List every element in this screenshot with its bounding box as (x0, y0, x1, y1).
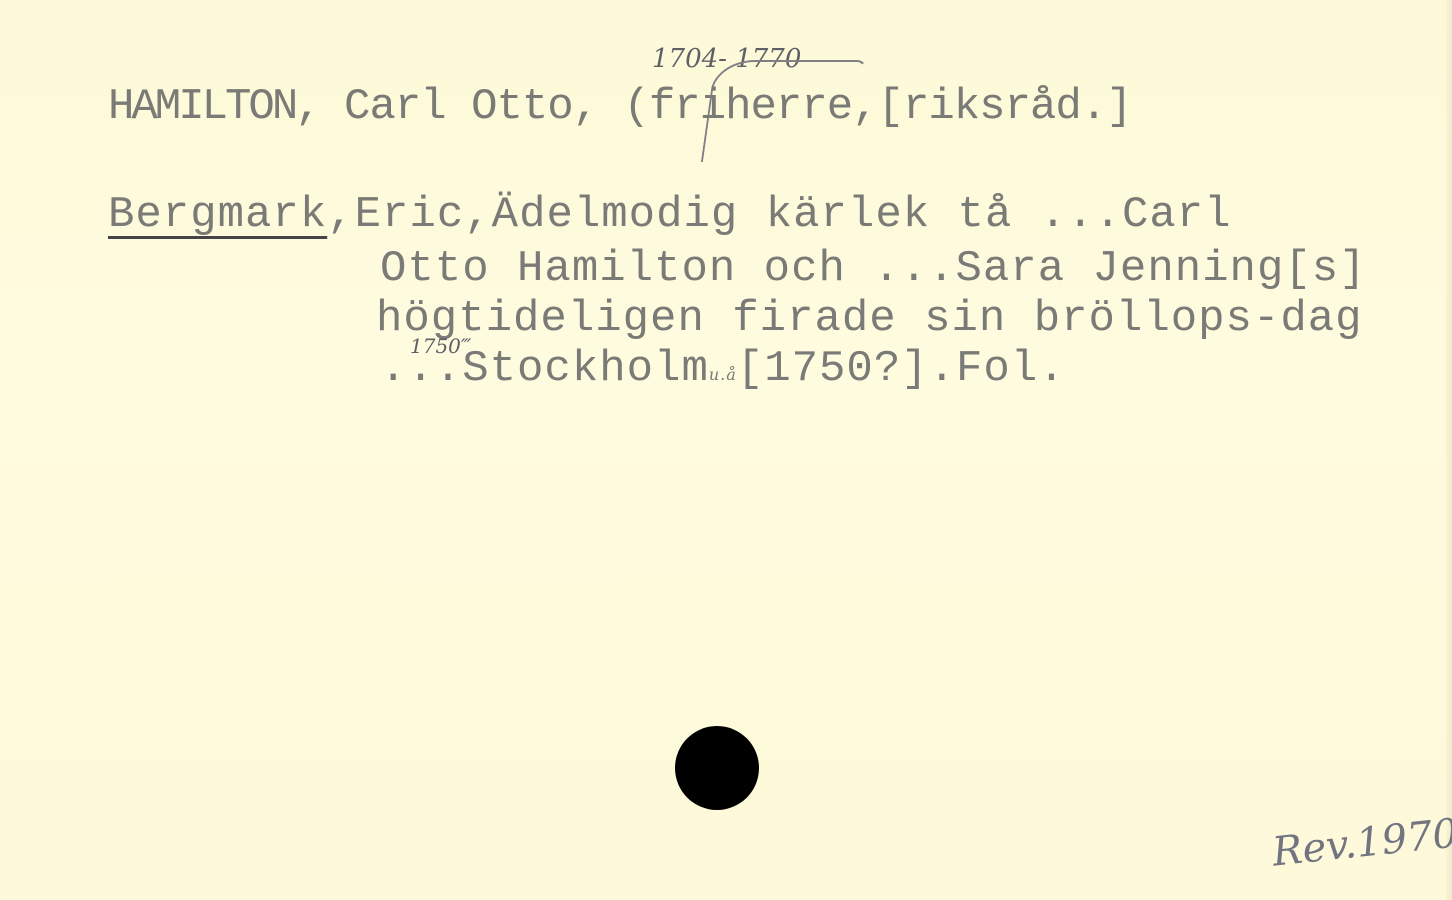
handwritten-ua: u.å (709, 365, 737, 384)
entry-line-4: ...Stockholmu.å[1750?].Fol. (380, 344, 1066, 394)
heading-surname: HAMILTON, (108, 82, 319, 132)
entry-date-format: [1750?].Fol. (737, 344, 1066, 394)
card-edge (1446, 0, 1452, 900)
revision-note: Rev.1970 (1270, 810, 1452, 875)
heading-title: (friherre,[riksråd.] (624, 82, 1132, 132)
entry-author: Bergmark (108, 190, 327, 240)
entry-title-start: ,Eric,Ädelmodig kärlek tå ...Carl (327, 190, 1231, 240)
heading-given-names: Carl Otto, (319, 82, 598, 132)
heading-entry: HAMILTON, Carl Otto, (friherre,[riksråd.… (108, 82, 1132, 132)
punch-hole (675, 726, 759, 810)
catalog-card: 1704- 1770 HAMILTON, Carl Otto, (friherr… (0, 0, 1452, 900)
entry-line-1: Bergmark,Eric,Ädelmodig kärlek tå ...Car… (108, 190, 1232, 240)
entry-line-3: högtideligen firade sin bröllops-dag (376, 294, 1363, 344)
entry-line-2: Otto Hamilton och ...Sara Jenning[s] (380, 244, 1367, 294)
entry-place: ...Stockholm (380, 344, 709, 394)
